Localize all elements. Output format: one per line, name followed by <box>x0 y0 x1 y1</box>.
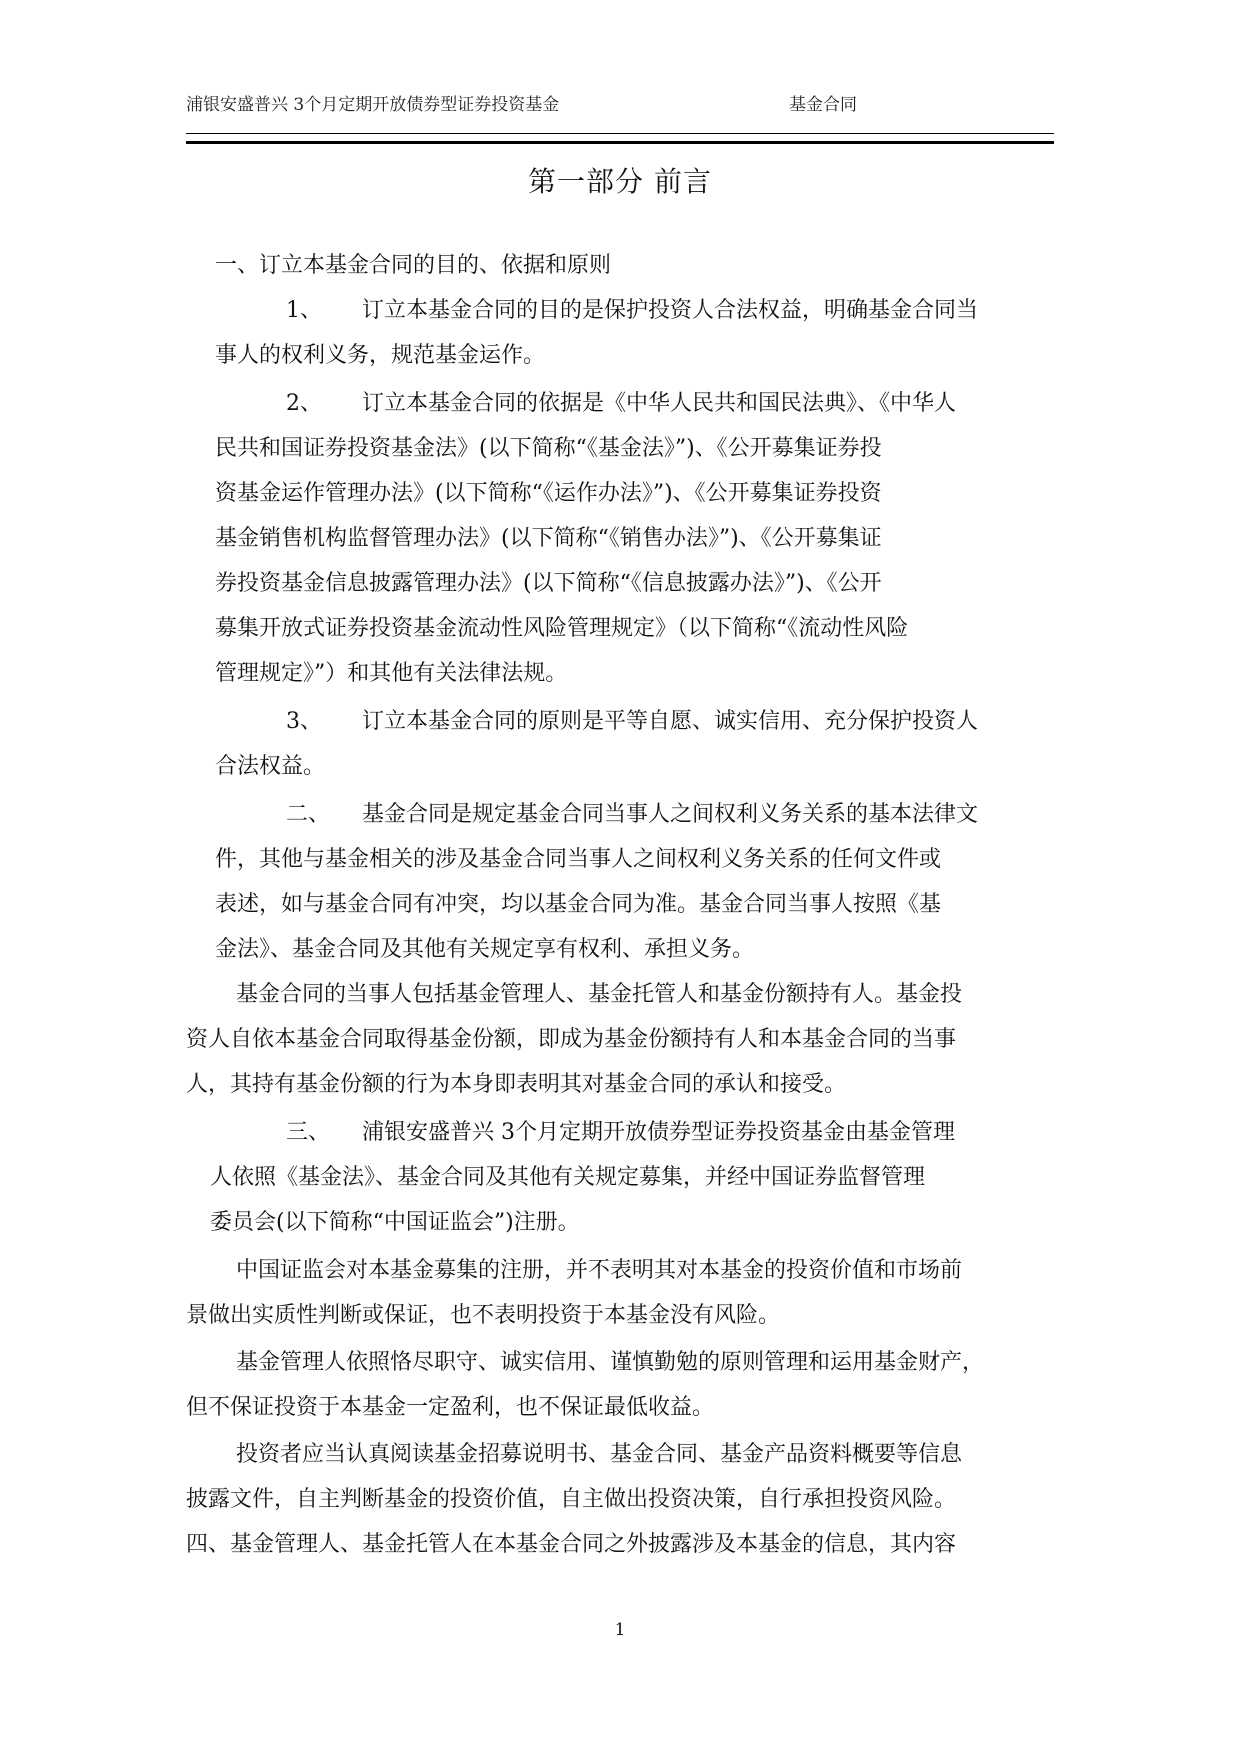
paragraph-line: 2、订立本基金合同的依据是《中华人民共和国民法典》、《中华人 <box>286 389 956 419</box>
paragraph-line: 基金销售机构监督管理办法》(以下简称“《销售办法》”)、《公开募集证 <box>215 524 882 554</box>
item-number: 1、 <box>286 296 362 326</box>
paragraph-line: 三、浦银安盛普兴 3个月定期开放债券型证券投资基金由基金管理 <box>286 1118 955 1148</box>
paragraph-line: 投资者应当认真阅读基金招募说明书、基金合同、基金产品资料概要等信息 <box>236 1440 962 1470</box>
section-heading-1: 一、订立本基金合同的目的、依据和原则 <box>215 251 611 281</box>
item-number: 2、 <box>286 389 362 419</box>
page-title: 第一部分 前言 <box>0 160 1240 200</box>
paragraph-line: 民共和国证券投资基金法》(以下简称“《基金法》”)、《公开募集证券投 <box>215 434 882 464</box>
line-text: 订立本基金合同的目的是保护投资人合法权益，明确基金合同当 <box>362 298 978 323</box>
section-number: 二、 <box>286 800 362 830</box>
paragraph-line: 合法权益。 <box>215 752 325 782</box>
paragraph-line: 委员会(以下简称“中国证监会”)注册。 <box>210 1208 580 1238</box>
paragraph-line: 金法》、基金合同及其他有关规定享有权利、承担义务。 <box>215 935 754 965</box>
line-text: 订立本基金合同的依据是《中华人民共和国民法典》、《中华人 <box>362 391 956 416</box>
paragraph-line: 表述，如与基金合同有冲突，均以基金合同为准。基金合同当事人按照《基 <box>215 890 941 920</box>
paragraph-line: 人依照《基金法》、基金合同及其他有关规定募集，并经中国证券监督管理 <box>210 1163 925 1193</box>
document-page: 浦银安盛普兴 3个月定期开放债券型证券投资基金 基金合同 第一部分 前言 一、订… <box>0 0 1240 1754</box>
paragraph-line: 资人自依本基金合同取得基金份额，即成为基金份额持有人和本基金合同的当事 <box>186 1025 956 1055</box>
paragraph-line: 1、订立本基金合同的目的是保护投资人合法权益，明确基金合同当 <box>286 296 978 326</box>
item-number: 3、 <box>286 707 362 737</box>
paragraph-line: 募集开放式证券投资基金流动性风险管理规定》（以下简称“《流动性风险 <box>215 614 908 644</box>
paragraph-line: 披露文件，自主判断基金的投资价值，自主做出投资决策，自行承担投资风险。 <box>186 1485 956 1515</box>
line-text: 浦银安盛普兴 3个月定期开放债券型证券投资基金由基金管理 <box>362 1120 955 1145</box>
paragraph-line: 管理规定》”）和其他有关法律法规。 <box>215 659 567 689</box>
paragraph-line: 二、基金合同是规定基金合同当事人之间权利义务关系的基本法律文 <box>286 800 978 830</box>
paragraph-line: 事人的权利义务，规范基金运作。 <box>215 341 545 371</box>
paragraph-line: 人，其持有基金份额的行为本身即表明其对基金合同的承认和接受。 <box>186 1070 846 1100</box>
header-fund-name: 浦银安盛普兴 3个月定期开放债券型证券投资基金 <box>186 90 559 115</box>
paragraph-line: 资基金运作管理办法》(以下简称“《运作办法》”)、《公开募集证券投资 <box>215 479 882 509</box>
header-doc-type: 基金合同 <box>789 90 857 115</box>
paragraph-line: 券投资基金信息披露管理办法》(以下简称“《信息披露办法》”)、《公开 <box>215 569 882 599</box>
page-number: 1 <box>0 1620 1240 1640</box>
header-rule-thick <box>186 141 1054 144</box>
line-text: 基金合同是规定基金合同当事人之间权利义务关系的基本法律文 <box>362 802 978 827</box>
paragraph-line: 但不保证投资于本基金一定盈利，也不保证最低收益。 <box>186 1393 714 1423</box>
paragraph-line: 基金管理人依照恪尽职守、诚实信用、谨慎勤勉的原则管理和运用基金财产， <box>236 1348 984 1378</box>
section-number: 三、 <box>286 1118 362 1148</box>
header-rule-thin <box>186 133 1054 134</box>
paragraph-line: 中国证监会对本基金募集的注册，并不表明其对本基金的投资价值和市场前 <box>236 1256 962 1286</box>
paragraph-line: 件，其他与基金相关的涉及基金合同当事人之间权利义务关系的任何文件或 <box>215 845 941 875</box>
paragraph-line: 基金合同的当事人包括基金管理人、基金托管人和基金份额持有人。基金投 <box>236 980 962 1010</box>
paragraph-line: 景做出实质性判断或保证，也不表明投资于本基金没有风险。 <box>186 1301 780 1331</box>
paragraph-line: 3、订立本基金合同的原则是平等自愿、诚实信用、充分保护投资人 <box>286 707 978 737</box>
section-heading-4: 四、基金管理人、基金托管人在本基金合同之外披露涉及本基金的信息，其内容 <box>186 1530 956 1560</box>
line-text: 订立本基金合同的原则是平等自愿、诚实信用、充分保护投资人 <box>362 709 978 734</box>
